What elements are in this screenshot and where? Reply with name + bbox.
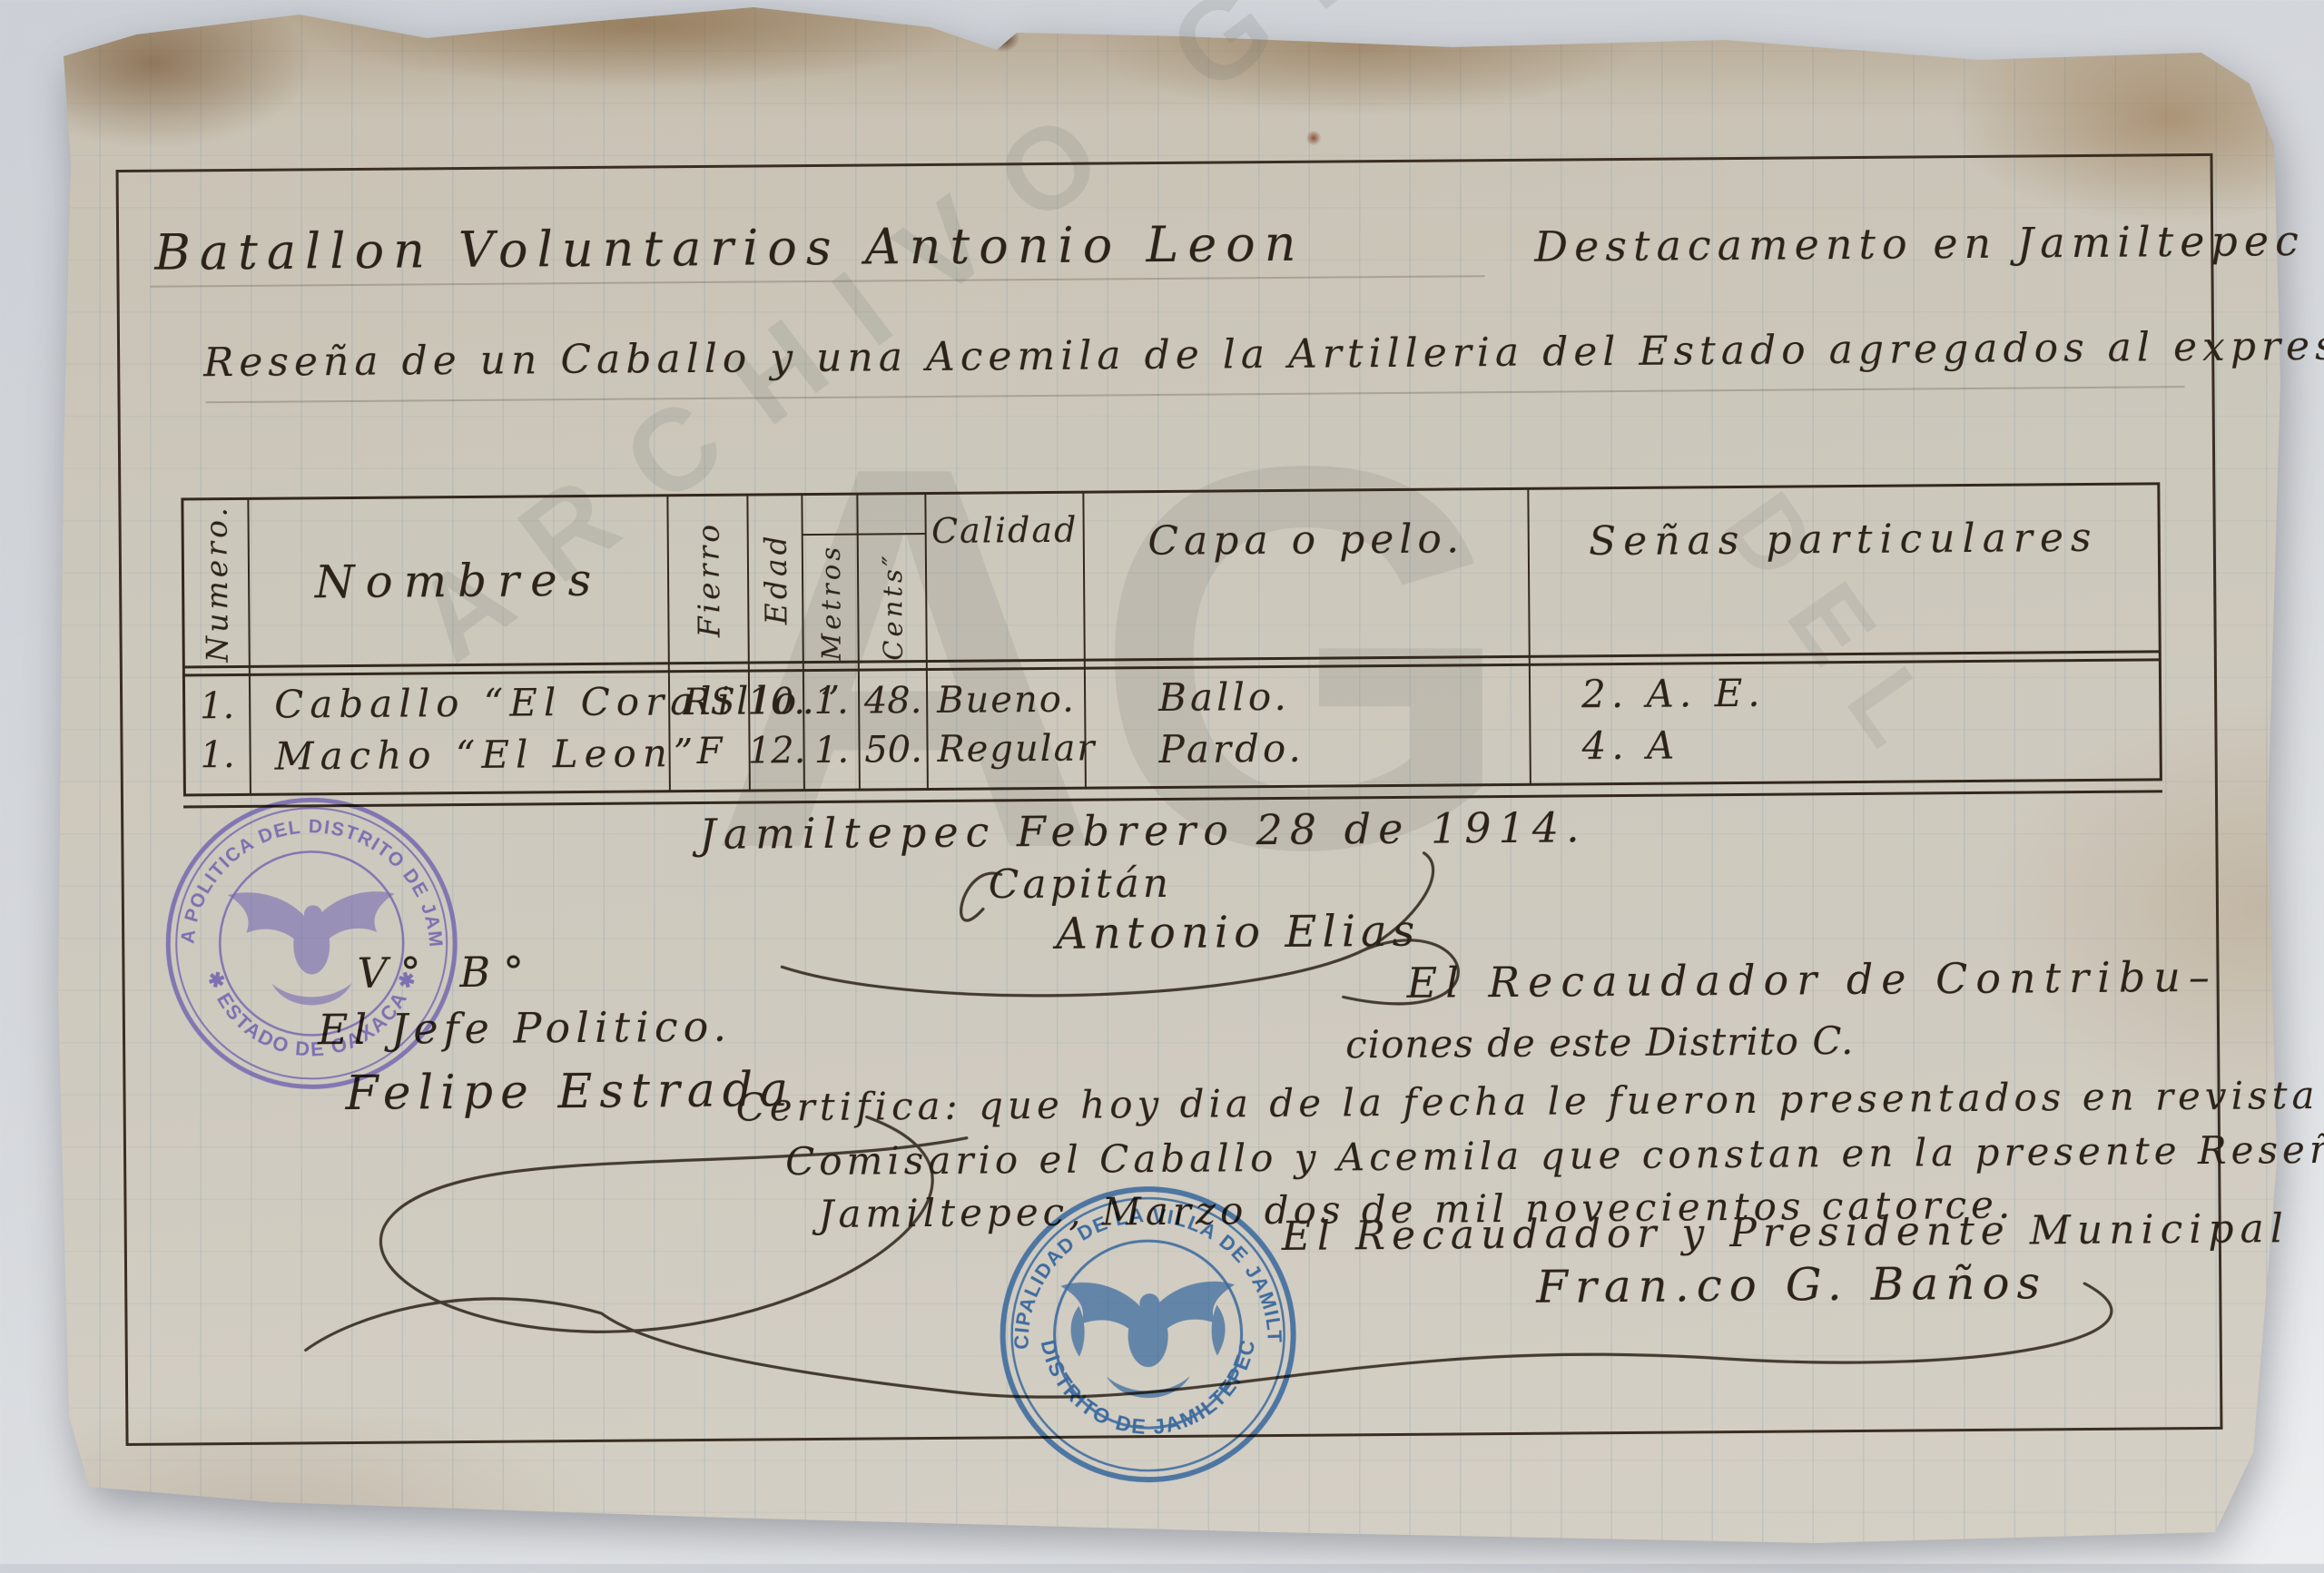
stamp-arc-bottom-text: ✱ ESTADO DE OAXACA ✱	[202, 967, 421, 1062]
municipalidad-stamp: MUNICIPALIDAD DE LA VILLA DE JAMILTEPEC …	[990, 1177, 1306, 1493]
cell-numero: 1. 1.	[185, 668, 251, 794]
cert-closing: El Recaudador y Presidente Municipal	[1282, 1205, 2290, 1260]
svg-text:✱ ESTADO DE OAXACA ✱: ✱ ESTADO DE OAXACA ✱	[202, 967, 421, 1062]
col-label: Calidad	[931, 510, 1078, 551]
row-value: Macho “El Leon”	[274, 731, 699, 779]
cell-nombre: Caballo “El Coralillo.” Macho “El Leon”	[251, 664, 671, 793]
row-value: Bueno.	[937, 679, 1076, 722]
col-header-fierro: Fierro	[668, 496, 749, 663]
jefatura-stamp: JEFATURA POLITICA DEL DISTRITO DE JAMILT…	[156, 788, 468, 1099]
row-value: Regular	[937, 728, 1096, 771]
header-battalion: Batallon Voluntarios Antonio Leon	[154, 215, 1305, 281]
row-value: 12.	[748, 730, 806, 772]
row-value: RS	[683, 682, 735, 723]
col-label: Nombres	[315, 554, 603, 608]
row-value: 4. A	[1581, 723, 1679, 769]
col-label: Señas particulares	[1589, 515, 2099, 565]
document-content: Batallon Voluntarios Antonio Leon Destac…	[0, 0, 2324, 1564]
col-header-edad: Edad	[748, 496, 803, 661]
review-signature: Antonio Elias	[1056, 906, 1421, 959]
review-place-date: Jamiltepec Febrero 28 de 1914.	[699, 802, 1587, 859]
col-label: Numero.	[198, 504, 234, 663]
cert-official-line1: El Recaudador de Contribu–	[1406, 952, 2218, 1008]
registry-table: Numero. Nombres Fierro Edad Metros Cents…	[181, 482, 2162, 796]
col-header-nombres: Nombres	[249, 496, 669, 665]
col-header-numero: Numero.	[183, 500, 250, 666]
row-value: 50.	[864, 729, 922, 771]
eagle-emblem-icon	[1060, 1282, 1236, 1399]
col-label: Metros	[814, 544, 846, 661]
col-label: Edad	[757, 532, 793, 624]
col-label: Fierro	[690, 521, 726, 638]
cell-metros: 1. 1.	[804, 664, 861, 789]
photo-backdrop: ARCHIVO GENERAL DEL AG Batallon Voluntar…	[0, 0, 2324, 1564]
row-value: 1.	[813, 681, 849, 723]
col-header-calidad: Calidad	[926, 494, 1085, 660]
eagle-emblem-icon	[228, 891, 396, 1006]
cell-cents: 48. 50.	[860, 663, 929, 789]
table-header-row: Numero. Nombres Fierro Edad Metros Cents…	[183, 485, 2158, 668]
cert-signature: Fran.co G. Baños	[1536, 1256, 2047, 1312]
row-value: 48.	[864, 680, 922, 722]
row-value: 1.	[200, 685, 235, 727]
row-value: 10.	[747, 681, 805, 723]
cert-official-line2: ciones de este Distrito C.	[1345, 1018, 1855, 1067]
cell-calidad: Bueno. Regular	[928, 662, 1087, 788]
cell-capa: Ballo. Pardo.	[1086, 658, 1531, 787]
header-detachment: Destacamento en Jamiltepec	[1534, 216, 2305, 271]
review-rank: Capitán	[989, 860, 1173, 909]
row-value: Ballo.	[1158, 674, 1290, 720]
row-value: 2. A. E.	[1581, 671, 1766, 717]
row-value: F	[697, 731, 723, 772]
col-header-metros: Metros	[803, 496, 859, 661]
table-data-rows: 1. 1. Caballo “El Coralillo.” Macho “El …	[185, 653, 2160, 793]
row-value: 1.	[200, 734, 235, 776]
cell-edad: 10. 12.	[750, 664, 805, 789]
row-value: 1.	[814, 730, 850, 772]
col-label: Cents″	[876, 552, 908, 661]
col-header-cents: Cents″	[858, 495, 927, 661]
row-value: Pardo.	[1158, 726, 1305, 772]
cell-fierro: RS F	[670, 664, 751, 791]
col-header-senas: Señas particulares	[1529, 485, 2158, 654]
cell-senas: 2. A. E. 4. A	[1531, 653, 2160, 782]
col-label: Capa o pelo.	[1147, 516, 1464, 565]
col-header-capa: Capa o pelo.	[1084, 490, 1530, 659]
